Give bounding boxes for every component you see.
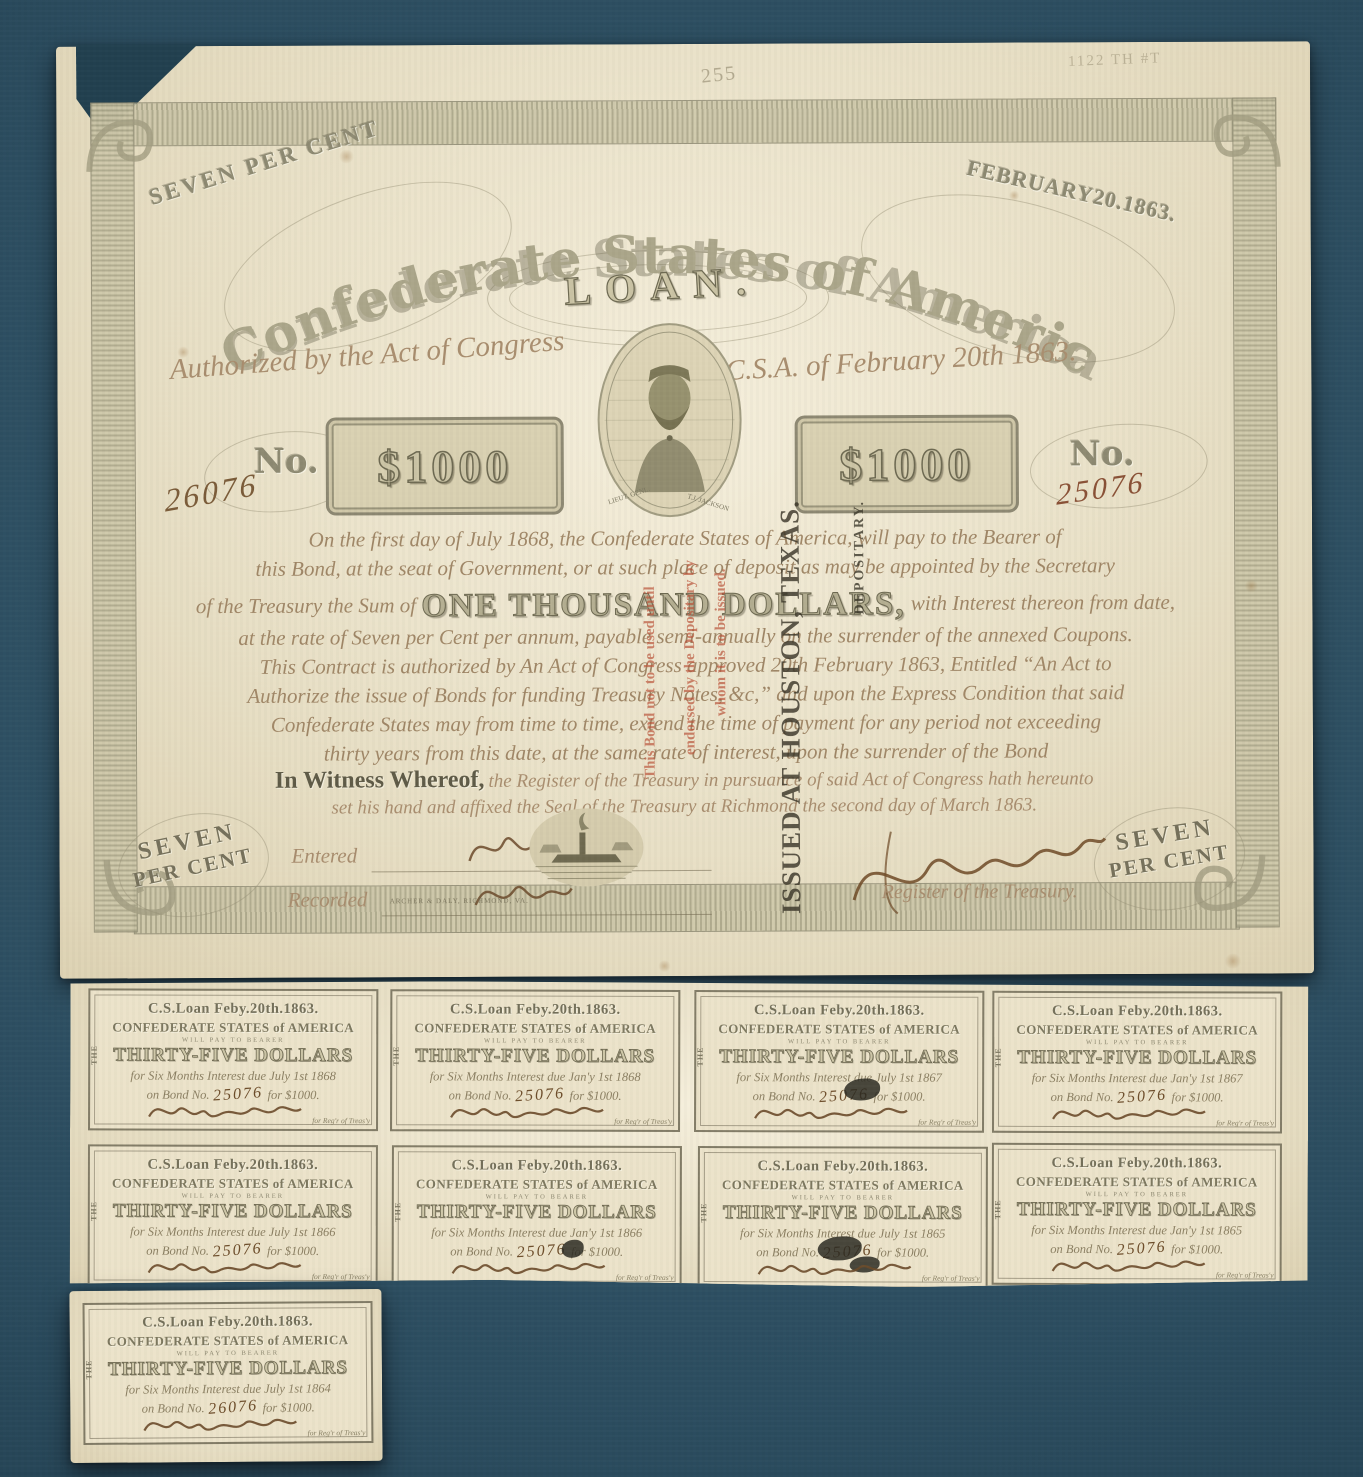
coupon-8: THE C.S.Loan Feby.20th.1863. CONFEDERATE…	[992, 1143, 1282, 1286]
denomination-plaque-left: $1000	[326, 417, 564, 516]
photo-background: 255 1122 TH #T SEVEN PER CENT FEBRUARY20…	[0, 0, 1363, 1477]
coupon-due-date: July 1st 1867	[875, 1070, 942, 1084]
coupon-will-pay: WILL PAY TO BEARER	[484, 1037, 587, 1044]
coupon-interest-prefix: for Six Months Interest due	[130, 1225, 266, 1239]
jackson-portrait: LIEUT. GENL. T.J. JACKSON	[594, 320, 745, 525]
border-left	[90, 102, 138, 932]
corner-flourish-top-right	[1200, 89, 1284, 173]
coupon-header: C.S.Loan Feby.20th.1863.	[452, 1157, 623, 1174]
coupon-amount: THIRTY-FIVE DOLLARS	[417, 1201, 657, 1224]
number-label-left: No.	[254, 442, 319, 482]
coupon-signature	[1049, 1251, 1209, 1277]
coupon-signature	[1049, 1099, 1209, 1125]
coupon-registrar: for Reg'r of Treas'y	[312, 1272, 370, 1281]
red-stamp-line3: whom it is to be issued.	[713, 527, 731, 757]
coupon-due-date: July 1st 1866	[269, 1225, 336, 1239]
border-top	[90, 97, 1276, 146]
pencil-annotation-right: 1122 TH #T	[1068, 50, 1162, 71]
coupon-will-pay: WILL PAY TO BEARER	[486, 1193, 589, 1200]
coupon-due-date: Jan'y 1st 1865	[1170, 1223, 1242, 1237]
coupon-strip: THE C.S.Loan Feby.20th.1863. CONFEDERATE…	[69, 1289, 382, 1463]
coupon-interest-prefix: for Six Months Interest due	[125, 1382, 261, 1397]
coupon-1: THE C.S.Loan Feby.20th.1863. CONFEDERATE…	[88, 988, 378, 1131]
coupon-sheet: THE C.S.Loan Feby.20th.1863. CONFEDERATE…	[70, 980, 1309, 1289]
entered-label: Entered	[291, 843, 357, 868]
coupon-2: THE C.S.Loan Feby.20th.1863. CONFEDERATE…	[390, 989, 680, 1132]
coupon-amount: THIRTY-FIVE DOLLARS	[719, 1046, 959, 1069]
coupon-9: THE C.S.Loan Feby.20th.1863. CONFEDERATE…	[82, 1301, 373, 1445]
coupon-will-pay: WILL PAY TO BEARER	[1086, 1039, 1189, 1046]
coupon-amount: THIRTY-FIVE DOLLARS	[113, 1044, 353, 1067]
coupon-registrar: for Reg'r of Treas'y	[1216, 1118, 1274, 1127]
coupon-header: C.S.Loan Feby.20th.1863.	[758, 1158, 929, 1175]
coupon-will-pay: WILL PAY TO BEARER	[788, 1038, 891, 1045]
coupon-signature	[140, 1409, 300, 1436]
coupon-header: C.S.Loan Feby.20th.1863.	[450, 1001, 621, 1018]
coupon-signature	[751, 1098, 911, 1124]
coupon-amount: THIRTY-FIVE DOLLARS	[415, 1045, 655, 1068]
coupon-interest-prefix: for Six Months Interest due	[431, 1225, 567, 1239]
coupon-header: C.S.Loan Feby.20th.1863.	[1052, 1155, 1223, 1172]
coupon-due-date: July 1st 1864	[264, 1381, 331, 1395]
foxing-spot	[1009, 191, 1020, 201]
denomination-left: $1000	[377, 439, 512, 493]
coupon-payer: CONFEDERATE STATES of AMERICA	[1016, 1022, 1258, 1039]
coupon-interest-prefix: for Six Months Interest due	[130, 1069, 266, 1083]
coupon-amount: THIRTY-FIVE DOLLARS	[1017, 1047, 1257, 1070]
border-right	[1232, 97, 1280, 927]
houston-issue-stamp: ISSUED AT HOUSTON, TEXAS.	[774, 497, 807, 917]
coupon-payer: CONFEDERATE STATES of AMERICA	[107, 1332, 349, 1350]
coupon-registrar: for Reg'r of Treas'y	[918, 1118, 976, 1127]
engraver-imprint: ARCHER & DALY, RICHMOND, VA.	[390, 897, 529, 906]
coupon-payer: CONFEDERATE STATES of AMERICA	[1016, 1174, 1258, 1191]
coupon-will-pay: WILL PAY TO BEARER	[182, 1037, 285, 1044]
foxing-spot	[1244, 579, 1258, 592]
corner-flourish-top-left	[82, 94, 166, 178]
foxing-spot	[338, 149, 354, 163]
harbor-vignette	[527, 806, 645, 889]
coupon-due-date: July 1st 1865	[879, 1226, 946, 1240]
witness-bold: In Witness Whereof,	[275, 767, 485, 794]
coupon-amount: THIRTY-FIVE DOLLARS	[723, 1202, 963, 1225]
foxing-spot	[1224, 954, 1242, 969]
coupon-registrar: for Reg'r of Treas'y	[1216, 1270, 1274, 1279]
coupon-registrar: for Reg'r of Treas'y	[312, 1116, 370, 1125]
coupon-amount: THIRTY-FIVE DOLLARS	[1017, 1199, 1257, 1222]
coupon-header: C.S.Loan Feby.20th.1863.	[142, 1313, 313, 1331]
coupon-payer: CONFEDERATE STATES of AMERICA	[718, 1021, 960, 1038]
red-stamp-line2: endorsed by the Depositary by	[682, 517, 700, 797]
coupon-payer: CONFEDERATE STATES of AMERICA	[414, 1020, 656, 1037]
coupon-will-pay: WILL PAY TO BEARER	[182, 1193, 285, 1200]
coupon-amount: THIRTY-FIVE DOLLARS	[108, 1357, 348, 1381]
sum-one-thousand-dollars: ONE THOUSAND DOLLARS,	[421, 584, 905, 626]
coupon-payer: CONFEDERATE STATES of AMERICA	[112, 1175, 354, 1192]
coupon-3: THE C.S.Loan Feby.20th.1863. CONFEDERATE…	[694, 990, 984, 1133]
register-title: Register of the Treasury.	[882, 880, 1078, 904]
coupon-6: THE C.S.Loan Feby.20th.1863. CONFEDERATE…	[392, 1145, 682, 1288]
coupon-header: C.S.Loan Feby.20th.1863.	[148, 1157, 319, 1174]
bond-certificate: 255 1122 TH #T SEVEN PER CENT FEBRUARY20…	[56, 41, 1314, 978]
coupon-header: C.S.Loan Feby.20th.1863.	[148, 1001, 319, 1018]
coupon-signature	[145, 1253, 305, 1279]
coupon-due-date: Jan'y 1st 1866	[570, 1226, 642, 1240]
pencil-annotation-left: 255	[700, 62, 738, 89]
coupon-7: THE C.S.Loan Feby.20th.1863. CONFEDERATE…	[698, 1146, 988, 1289]
foxing-spot	[658, 960, 671, 972]
recorded-label: Recorded	[288, 887, 368, 912]
coupon-signature	[755, 1254, 915, 1280]
body-line3-pre: of the Treasury the Sum of	[196, 593, 416, 618]
coupon-header: C.S.Loan Feby.20th.1863.	[1052, 1003, 1223, 1020]
coupon-due-date: July 1st 1868	[269, 1069, 336, 1083]
coupon-signature	[449, 1253, 609, 1279]
serial-number-left: 26076	[164, 465, 259, 519]
coupon-interest-prefix: for Six Months Interest due	[1032, 1071, 1168, 1085]
coupon-registrar: for Reg'r of Treas'y	[614, 1117, 672, 1126]
coupon-due-date: Jan'y 1st 1868	[568, 1070, 640, 1084]
coupon-will-pay: WILL PAY TO BEARER	[792, 1194, 895, 1201]
coupon-will-pay: WILL PAY TO BEARER	[177, 1350, 280, 1358]
coupon-interest-prefix: for Six Months Interest due	[430, 1069, 566, 1083]
coupon-due-date: Jan'y 1st 1867	[1170, 1071, 1242, 1085]
coupon-header: C.S.Loan Feby.20th.1863.	[754, 1002, 925, 1019]
body-line3-post: with Interest thereon from date,	[911, 590, 1175, 615]
coupon-payer: CONFEDERATE STATES of AMERICA	[416, 1176, 658, 1193]
coupon-5: THE C.S.Loan Feby.20th.1863. CONFEDERATE…	[88, 1144, 378, 1287]
coupon-signature	[447, 1097, 607, 1123]
coupon-payer: CONFEDERATE STATES of AMERICA	[112, 1019, 354, 1036]
coupon-amount: THIRTY-FIVE DOLLARS	[113, 1200, 353, 1223]
coupon-registrar: for Reg'r of Treas'y	[922, 1274, 980, 1283]
coupon-signature	[145, 1097, 305, 1123]
depositary-stamp: DEPOSITARY.	[852, 477, 869, 637]
coupon-registrar: for Reg'r of Treas'y	[308, 1428, 366, 1437]
red-stamp-line1: This Bond not to be used until	[642, 543, 660, 823]
coupon-interest-prefix: for Six Months Interest due	[1031, 1223, 1167, 1237]
denomination-plaque-right: $1000	[795, 415, 1019, 514]
coupon-payer: CONFEDERATE STATES of AMERICA	[722, 1177, 964, 1194]
coupon-4: THE C.S.Loan Feby.20th.1863. CONFEDERATE…	[992, 991, 1282, 1134]
foxing-spot	[177, 346, 189, 358]
coupon-registrar: for Reg'r of Treas'y	[616, 1273, 674, 1282]
coupon-will-pay: WILL PAY TO BEARER	[1086, 1191, 1189, 1198]
